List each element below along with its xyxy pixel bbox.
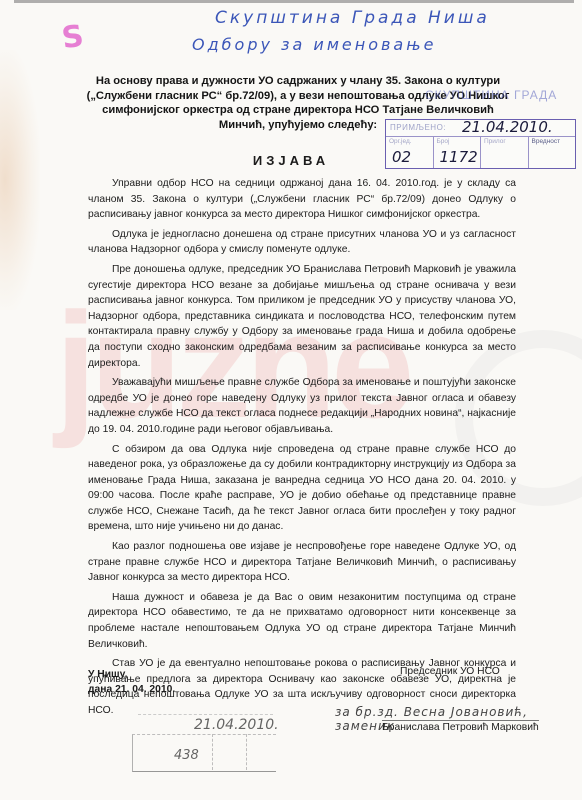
handwritten-addressee: Скупштина Града Ниша [215, 8, 490, 28]
paragraph: С обзиром да ова Одлука није спроведена … [88, 442, 516, 536]
receipt-label: ПРИМЉЕНО: [390, 123, 446, 132]
bottom-stamp-date: 21.04.2010. [194, 717, 279, 733]
stamp-ghost-text: СКУПШТИНА ГРАДА [425, 88, 557, 102]
cell-header: Прилог [484, 138, 506, 145]
scan-edge [14, 0, 574, 3]
place-date-block: У Нишу, дана 21. 04. 2010. [88, 667, 175, 697]
paragraph: Уважавајући мишљење правне службе Одбора… [88, 375, 516, 437]
paragraph: Одлука је једногласно донешена од стране… [88, 227, 516, 258]
margin-mark: S [60, 19, 86, 57]
document-body: Управни одбор НСО на седници одржаној да… [88, 176, 516, 723]
receipt-date: 21.04.2010. [462, 118, 553, 136]
place: У Нишу, [88, 667, 175, 682]
paragraph: Као разлог подношења ове изјаве је неспр… [88, 539, 516, 586]
paragraph: Пре доношења одлуке, председник УО Брани… [88, 262, 516, 371]
paragraph: Управни одбор НСО на седници одржаној да… [88, 176, 516, 223]
bottom-stamp: 21.04.2010. 438 [132, 712, 277, 774]
date: дана 21. 04. 2010. [88, 682, 175, 697]
bottom-stamp-number: 438 [174, 748, 199, 763]
scan-shadow [0, 50, 40, 310]
cell-header: Број [437, 138, 450, 145]
cell-header: Вредност [532, 138, 561, 145]
signatory-name: Бранислава Петровић Марковић [382, 720, 539, 733]
handwritten-recipient: Одбору за именовање [192, 35, 436, 54]
signature-title: Председник УО НСО [400, 666, 500, 677]
paragraph: Наша дужност и обавеза је да Вас о овим … [88, 590, 516, 652]
document-title: ИЗЈАВА [0, 153, 582, 168]
cell-header: Орг.јед. [389, 138, 412, 145]
document-page: juzne S Скупштина Града Ниша Одбору за и… [0, 0, 582, 800]
